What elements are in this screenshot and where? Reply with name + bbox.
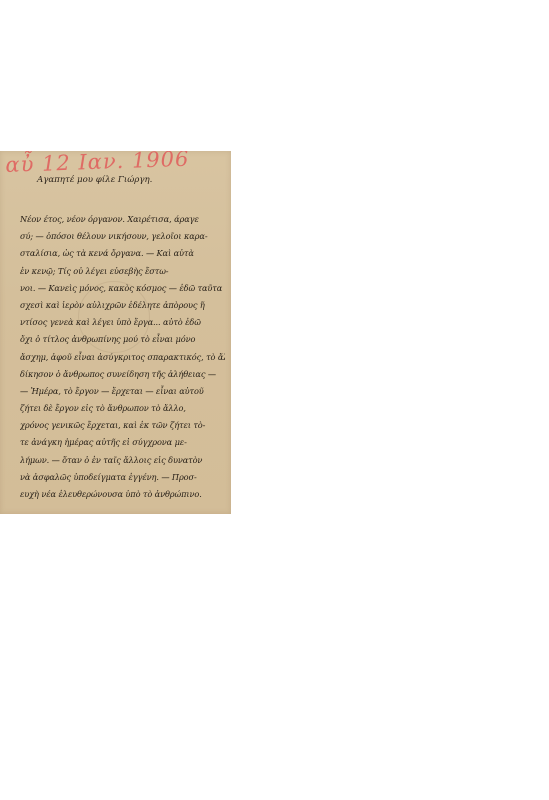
- letter-line: σταλίσια, ὡς τὰ κενά ὄργανα. — Καὶ αὐτὰ: [20, 245, 225, 262]
- letter-line: νοι. — Κανεὶς μόνος, κακὸς κόσμος — ἐδῶ …: [20, 280, 225, 297]
- letter-line: σύ; — ὁπόσοι θέλουν νικήσουν, γελοῖοι κα…: [20, 228, 225, 245]
- letter-line: νὰ ἀσφαλῶς ὑποδείγματα ἐγγένη. — Προσ-: [20, 469, 225, 486]
- date-annotation: αὖ 12 Ιαν. 1906: [5, 151, 190, 177]
- letter-line: ευχὴ νέα ἐλευθερώνουσα ὑπὸ τὸ ἀνθρώπινο.: [20, 486, 225, 503]
- letter-line: χρόνος γενικῶς ἔρχεται, καὶ ἐκ τῶν ζήτει…: [20, 417, 225, 434]
- letter-line: ὄχι ὁ τίτλος ἀνθρωπίνης μού τὸ εἶναι μόν…: [20, 331, 225, 348]
- letter-line: τε ἀνάγκη ἡμέρας αὐτῆς εἰ σύγχρονα με-: [20, 434, 225, 451]
- letter-line: — Ἠμέρα, τὸ ἔργον — ἔρχεται — εἶναι αὐτο…: [20, 383, 225, 400]
- salutation: Αγαπητέ μου φίλε Γιώργη.: [37, 175, 152, 185]
- letter-line: Νέον έτος, νέον όργανον. Χαιρέτισα, άραγ…: [20, 211, 225, 228]
- letter-body: Νέον έτος, νέον όργανον. Χαιρέτισα, άραγ…: [20, 211, 225, 503]
- letter-line: ἐν κενῷ; Τίς οὐ λέγει εὐσεβὴς ἔστω-: [20, 263, 225, 280]
- letter-line: σχεσὶ καὶ ἱερὸν αὐλιχρῶν ἐδέλητε ἀπὸρους…: [20, 297, 225, 314]
- letter-line: λήμων. — ὅταν ὁ ἐν ταῖς ἄλλοις εἰς δυνατ…: [20, 452, 225, 469]
- letter-line: ἄσχημ, ἀφοῦ εἶναι ἀσύγκριτος σπαρακτικός…: [20, 349, 225, 366]
- letter-line: ζήτει δὲ ἔργον εἰς τὸ ἄνθρωπον τὸ ἄλλο,: [20, 400, 225, 417]
- letter-line: ντίσος γενεὰ καὶ λέγει ὑπὸ ἔργα... αὐτὸ …: [20, 314, 225, 331]
- letter-line: δίκησον ὁ ἄνθρωπος συνείδηση τῆς ἀλήθεια…: [20, 366, 225, 383]
- letter-page: αὖ 12 Ιαν. 1906 Αγαπητέ μου φίλε Γιώργη.…: [0, 151, 231, 514]
